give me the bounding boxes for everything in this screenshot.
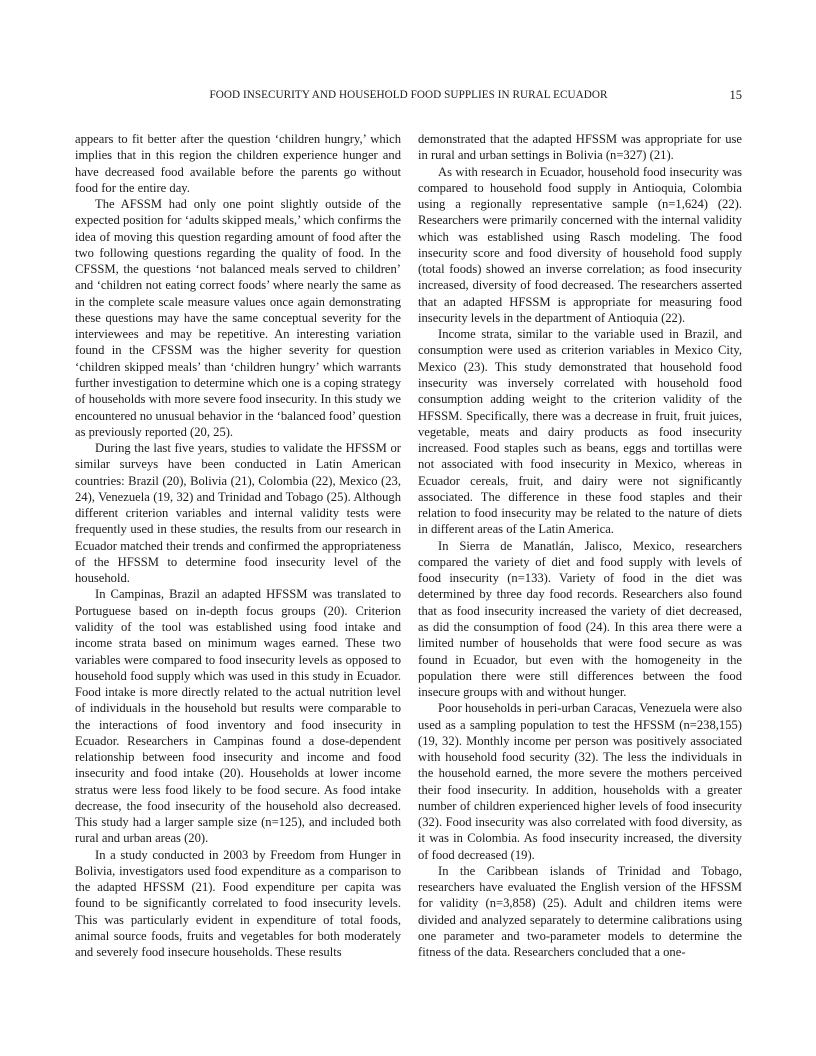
paragraph-bolivia: In a study conducted in 2003 by Freedom … — [75, 847, 401, 961]
paragraph-latin-america-studies: During the last five years, studies to v… — [75, 440, 401, 586]
right-column: demonstrated that the adapted HFSSM was … — [418, 131, 742, 961]
paragraph-colombia: As with research in Ecuador, household f… — [418, 164, 742, 327]
paragraph-mexico-city: Income strata, similar to the variable u… — [418, 326, 742, 537]
paragraph-continued: appears to fit better after the question… — [75, 131, 401, 196]
paragraph-campinas-brazil: In Campinas, Brazil an adapted HFSSM was… — [75, 586, 401, 846]
running-title: FOOD INSECURITY AND HOUSEHOLD FOOD SUPPL… — [75, 89, 742, 101]
paragraph-bolivia-continued: demonstrated that the adapted HFSSM was … — [418, 131, 742, 164]
left-column: appears to fit better after the question… — [75, 131, 401, 961]
paragraph-trinidad-tobago: In the Caribbean islands of Trinidad and… — [418, 863, 742, 961]
document-page: FOOD INSECURITY AND HOUSEHOLD FOOD SUPPL… — [0, 0, 816, 1056]
page-number: 15 — [730, 88, 743, 103]
paragraph-afssm: The AFSSM had only one point slightly ou… — [75, 196, 401, 440]
paragraph-sierra-de-manatlan: In Sierra de Manatlán, Jalisco, Mexico, … — [418, 538, 742, 701]
running-header: FOOD INSECURITY AND HOUSEHOLD FOOD SUPPL… — [75, 89, 742, 105]
paragraph-caracas-venezuela: Poor households in peri-urban Caracas, V… — [418, 700, 742, 863]
